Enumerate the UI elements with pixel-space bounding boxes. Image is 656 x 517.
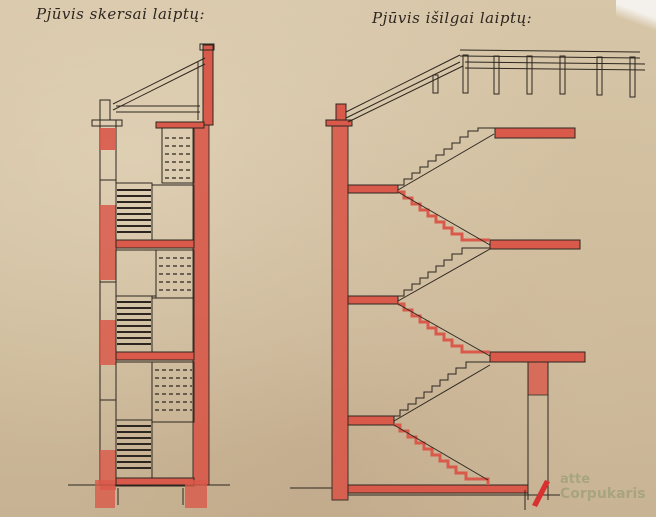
drawing-sheet: Pjūvis skersai laiptų: Pjūvis išilgai la… [0,0,656,517]
cross-section [92,44,214,490]
watermark: atte Corpukaris [560,473,646,501]
architectural-section-drawing [0,0,656,517]
longitudinal-section [290,50,645,510]
